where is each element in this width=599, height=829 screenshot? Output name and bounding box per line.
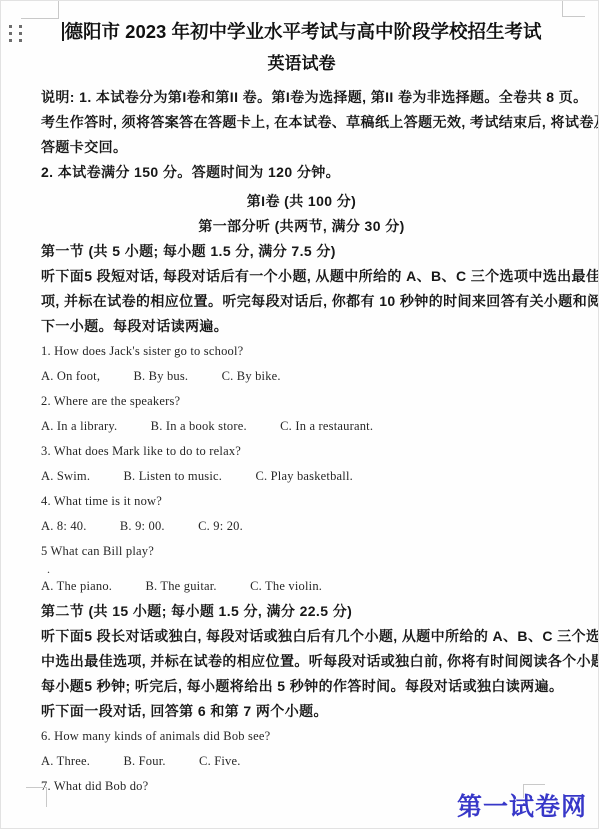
notes-line: 考生作答时, 须将答案答在答题卡上, 在本试卷、草稿纸上答题无效, 考试结束后,… [41, 110, 562, 135]
notes-line: 答题卡交回。 [41, 135, 562, 160]
stray-period: . [41, 564, 562, 574]
options-row: A. 8: 40. B. 9: 00. C. 9: 20. [41, 514, 562, 539]
option: C. Five. [199, 754, 241, 768]
section-one-intro-line: 听下面5 段短对话, 每段对话后有一个小题, 从题中所给的 A、B、C 三个选项… [41, 264, 562, 289]
drag-handle-icon[interactable] [9, 25, 22, 42]
page-title: 德阳市 2023 年初中学业水平考试与高中阶段学校招生考试 [41, 17, 562, 47]
margin-corner-mark-top-right [562, 1, 585, 17]
option: B. Listen to music. [124, 469, 223, 483]
notes-line: 说明: 1. 本试卷分为第I卷和第II 卷。第I卷为选择题, 第II 卷为非选择… [41, 85, 562, 110]
option: B. By bus. [133, 369, 188, 383]
text-cursor [62, 22, 64, 41]
notes-line: 2. 本试卷满分 150 分。答题时间为 120 分钟。 [41, 160, 562, 185]
section-one-intro-line: 项, 并标在试卷的相应位置。听完每段对话后, 你都有 10 秒钟的时间来回答有关… [41, 289, 562, 314]
watermark: 第一试卷网 [457, 787, 587, 823]
question-text: 1. How does Jack's sister go to school? [41, 339, 562, 364]
question-text: 5 What can Bill play? [41, 539, 562, 564]
section-two-intro-line: 每小题5 秒钟; 听完后, 每小题将给出 5 秒钟的作答时间。每段对话或独白读两… [41, 674, 562, 699]
section-one-heading: 第一节 (共 5 小题; 每小题 1.5 分, 满分 7.5 分) [41, 239, 562, 264]
margin-corner-mark-bottom-left [26, 787, 47, 807]
option: C. In a restaurant. [280, 419, 373, 433]
section-two-intro-line: 听下面一段对话, 回答第 6 和第 7 两个小题。 [41, 699, 562, 724]
option: B. Four. [123, 754, 165, 768]
option: C. 9: 20. [198, 519, 243, 533]
option: B. 9: 00. [120, 519, 165, 533]
option: B. In a book store. [151, 419, 247, 433]
options-row: A. The piano. B. The guitar. C. The viol… [41, 574, 562, 599]
document-body: 德阳市 2023 年初中学业水平考试与高中阶段学校招生考试 英语试卷 说明: 1… [1, 1, 598, 799]
section-one-intro-line: 下一小题。每段对话读两遍。 [41, 314, 562, 339]
options-row: A. On foot, B. By bus. C. By bike. [41, 364, 562, 389]
section-two-intro-line: 听下面5 段长对话或独白, 每段对话或独白后有几个小题, 从题中所给的 A、B、… [41, 624, 562, 649]
exam-paper-page: 德阳市 2023 年初中学业水平考试与高中阶段学校招生考试 英语试卷 说明: 1… [0, 0, 599, 829]
option: C. By bike. [222, 369, 281, 383]
question-text: 6. How many kinds of animals did Bob see… [41, 724, 562, 749]
options-row: A. Three. B. Four. C. Five. [41, 749, 562, 774]
option: A. On foot, [41, 369, 100, 383]
option: A. Swim. [41, 469, 90, 483]
part-one-heading: 第一部分听 (共两节, 满分 30 分) [41, 214, 562, 239]
question-text: 3. What does Mark like to do to relax? [41, 439, 562, 464]
option: C. Play basketball. [255, 469, 353, 483]
options-row: A. In a library. B. In a book store. C. … [41, 414, 562, 439]
option: A. Three. [41, 754, 90, 768]
question-text: 2. Where are the speakers? [41, 389, 562, 414]
option: A. 8: 40. [41, 519, 87, 533]
options-row: A. Swim. B. Listen to music. C. Play bas… [41, 464, 562, 489]
option: A. In a library. [41, 419, 117, 433]
exam-notes: 说明: 1. 本试卷分为第I卷和第II 卷。第I卷为选择题, 第II 卷为非选择… [41, 85, 562, 185]
paper-subtitle: 英语试卷 [41, 47, 562, 81]
question-text: 4. What time is it now? [41, 489, 562, 514]
option: B. The guitar. [145, 579, 216, 593]
section-two-intro-line: 中选出最佳选项, 并标在试卷的相应位置。听每段对话或独白前, 你将有时间阅读各个… [41, 649, 562, 674]
section-two-heading: 第二节 (共 15 小题; 每小题 1.5 分, 满分 22.5 分) [41, 599, 562, 624]
volume-one-heading: 第I卷 (共 100 分) [41, 189, 562, 214]
page-title-text: 德阳市 2023 年初中学业水平考试与高中阶段学校招生考试 [65, 21, 542, 42]
margin-corner-mark-top-left [21, 1, 59, 19]
option: A. The piano. [41, 579, 112, 593]
option: C. The violin. [250, 579, 322, 593]
